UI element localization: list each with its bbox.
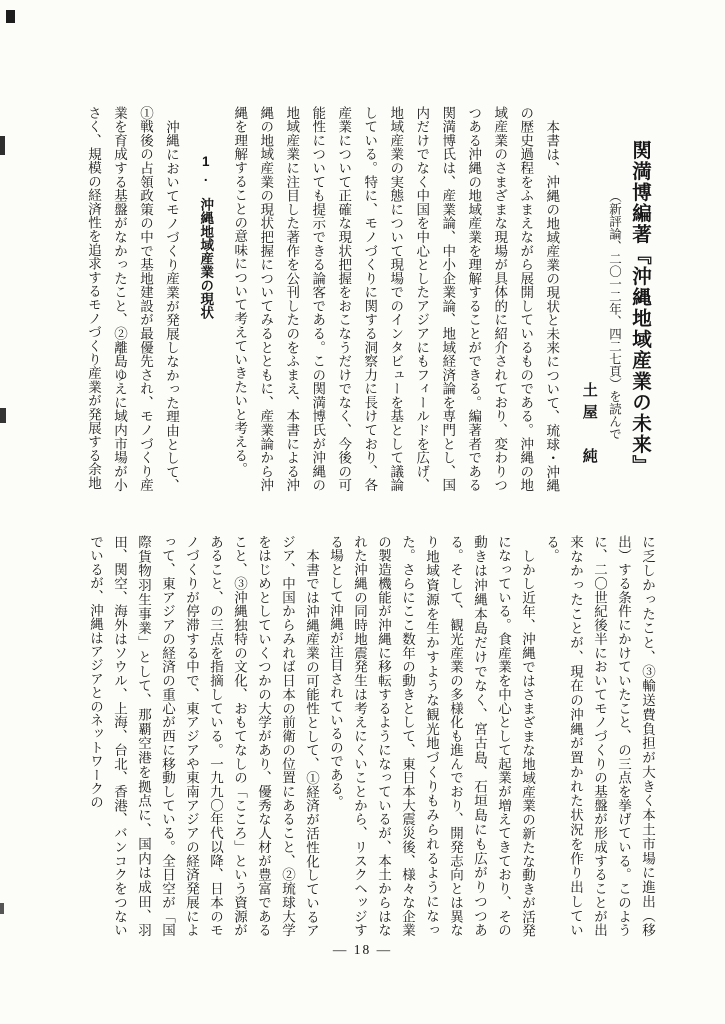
paragraph-reasons-part1: 沖縄においてモノづくり産業が発展しなかった理由として、①戦後の占領政策の中で基地… xyxy=(80,106,184,492)
book-review-title: 関満博編著『沖縄地域産業の未来』 xyxy=(629,106,649,492)
paragraph-recent-trends: しかし近年、沖縄ではさまざまな地域産業の新たな動きが活発になっている。食産業を中… xyxy=(323,535,539,937)
publication-note: （新評論、二〇一二年、四二七頁）を読んで xyxy=(607,106,621,492)
scan-artifact xyxy=(6,10,15,23)
article-bottom-block: に乏しかったこと、③輸送費負担が大きく本土市場に進出（移出）する条件にかけていた… xyxy=(59,535,659,937)
scan-artifact xyxy=(0,408,6,423)
page-number: — 18 — xyxy=(0,942,725,958)
paragraph-reasons-part2: に乏しかったこと、③輸送費負担が大きく本土市場に進出（移出）する条件にかけていた… xyxy=(539,535,659,937)
section-heading: 1. 沖縄地域産業の現状 xyxy=(195,106,215,492)
scan-artifact xyxy=(0,136,5,155)
article-top-block: 関満博編著『沖縄地域産業の未来』 （新評論、二〇一二年、四二七頁）を読んで 土屋… xyxy=(55,106,665,492)
paragraph-possibilities: 本書では沖縄産業の可能性として、①経済が活性化しているアジア、中国からみれば日本… xyxy=(83,535,323,937)
scan-artifact xyxy=(0,903,4,914)
scanned-journal-page: 関満博編著『沖縄地域産業の未来』 （新評論、二〇一二年、四二七頁）を読んで 土屋… xyxy=(0,0,725,1024)
author-name: 土屋 純 xyxy=(580,106,597,492)
intro-paragraph: 本書は、沖縄の地域産業の現状と未来について、琉球・沖縄の歴史過程をふまえながら展… xyxy=(226,106,564,492)
